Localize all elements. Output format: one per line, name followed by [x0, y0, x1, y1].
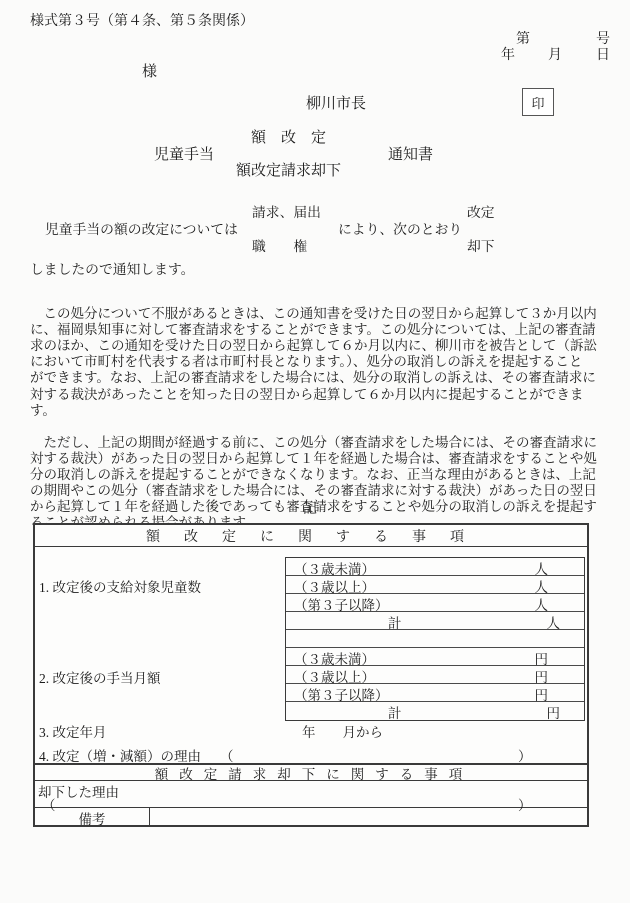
- notice-paragraphs: この処分について不服があるときは、この通知書を受けた日の翌日から起算して３か月以…: [30, 290, 615, 548]
- doc-number-suffix: 号: [596, 32, 610, 48]
- child-total-label: 計: [388, 612, 402, 632]
- item4-paren-close: ）: [518, 745, 532, 765]
- form-number: 様式第３号（第４条、第５条関係）: [30, 14, 254, 30]
- child-row-label: （３歳以上）: [294, 576, 375, 596]
- statement-lead: 児童手当の額の改定については: [45, 222, 238, 238]
- date-day-label: 日: [596, 48, 610, 64]
- item1-label: 1. 改定後の支給対象児童数: [39, 576, 201, 596]
- remarks-label: 備考: [35, 808, 149, 828]
- child-count-row: （第３子以降） 人: [286, 594, 584, 612]
- statement-result-top: 改定: [467, 205, 495, 221]
- remarks-row: 備考: [35, 808, 587, 825]
- addressee-suffix: 様: [142, 64, 157, 81]
- child-row-unit: 人: [535, 594, 549, 614]
- child-total-unit: 人: [547, 612, 561, 632]
- child-count-row: （３歳以上） 人: [286, 576, 584, 594]
- statement-option-bottom: 職 権: [252, 239, 307, 255]
- amount-row-unit: 円: [535, 648, 549, 668]
- section1-header-row: 額改定に関する事項: [35, 525, 587, 547]
- amount-total-row: 計 円: [286, 702, 584, 720]
- child-count-row: （３歳未満） 人: [286, 558, 584, 576]
- section2-header: 額改定請求却下に関する事項: [149, 764, 474, 781]
- child-row-unit: 人: [535, 558, 549, 578]
- amount-row: （３歳未満） 円: [286, 648, 584, 666]
- notice-paragraph-2: ただし、上記の期間が経過する前に、この処分（審査請求をした場合には、その審査請求…: [30, 435, 615, 532]
- amount-row: （３歳以上） 円: [286, 666, 584, 684]
- notice-paragraph-1: この処分について不服があるときは、この通知書を受けた日の翌日から起算して３か月以…: [30, 306, 615, 419]
- amount-row-label: （３歳以上）: [294, 666, 375, 686]
- title-right: 通知書: [388, 147, 433, 164]
- spacer-row: [286, 630, 584, 648]
- items-3-4-cell: 3. 改定年月 年 月から 4. 改定（増・減額）の理由 （ ）: [35, 719, 587, 764]
- statement-result-bottom: 却下: [467, 239, 495, 255]
- amount-row-label: （３歳未満）: [294, 648, 375, 668]
- revision-table: 額改定に関する事項 1. 改定後の支給対象児童数 2. 改定後の手当月額 （３歳…: [33, 523, 589, 827]
- child-row-unit: 人: [535, 576, 549, 596]
- item2-label: 2. 改定後の手当月額: [39, 667, 161, 687]
- items-1-2-cell: 1. 改定後の支給対象児童数 2. 改定後の手当月額 （３歳未満） 人 （３歳以…: [35, 547, 587, 719]
- rejection-reason-cell: 却下した理由 （ ）: [35, 781, 587, 808]
- seal-label: 印: [531, 93, 544, 112]
- section2-header-row: 額改定請求却下に関する事項: [35, 764, 587, 781]
- remarks-divider: [149, 808, 150, 825]
- item3-value: 年 月から: [302, 721, 383, 741]
- amount-row-label: （第３子以降）: [294, 684, 389, 704]
- date-month-label: 月: [548, 48, 562, 64]
- title-option-top: 額 改 定: [251, 130, 326, 147]
- statement-connector: により、次のとおり: [338, 222, 462, 238]
- child-row-label: （３歳未満）: [294, 558, 375, 578]
- amount-row: （第３子以降） 円: [286, 684, 584, 702]
- amount-row-unit: 円: [535, 684, 549, 704]
- seal-box: 印: [522, 88, 554, 116]
- title-option-bottom: 額改定請求却下: [236, 163, 341, 180]
- document-page: 様式第３号（第４条、第５条関係） 第 号 年 月 日 様 柳川市長 印 額 改 …: [0, 0, 630, 903]
- item3-label: 3. 改定年月: [39, 721, 107, 741]
- item4-label: 4. 改定（増・減額）の理由: [39, 745, 201, 765]
- nested-count-amount-table: （３歳未満） 人 （３歳以上） 人 （第３子以降） 人 計 人 （３歳未満）: [285, 557, 585, 721]
- date-year-label: 年: [501, 48, 515, 64]
- statement-closing: しましたので通知します。: [30, 262, 194, 278]
- issuer-name: 柳川市長: [306, 96, 366, 113]
- child-row-label: （第３子以降）: [294, 594, 389, 614]
- amount-row-unit: 円: [535, 666, 549, 686]
- record-label: 記: [303, 502, 317, 518]
- item4-paren-open: （: [220, 745, 234, 765]
- title-left: 児童手当: [154, 147, 214, 164]
- doc-number-prefix: 第: [516, 32, 530, 48]
- child-total-row: 計 人: [286, 612, 584, 630]
- statement-option-top: 請求、届出: [252, 205, 321, 221]
- section1-header: 額改定に関する事項: [134, 526, 488, 546]
